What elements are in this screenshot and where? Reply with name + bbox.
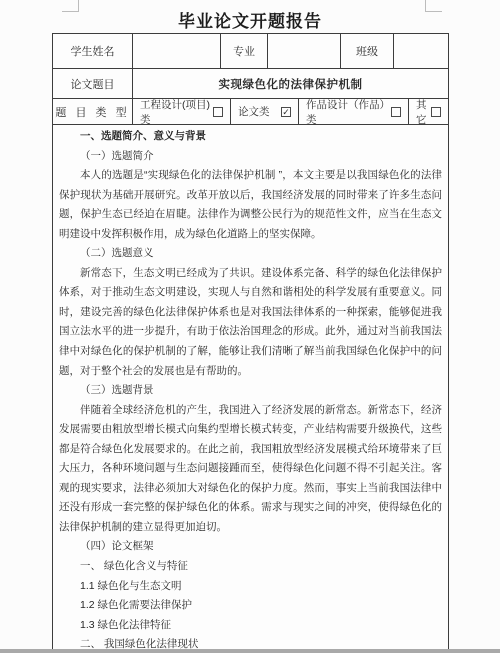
major-label: 专业	[221, 34, 268, 68]
subsection-2-heading: （二）选题意义	[59, 244, 442, 264]
subsection-3-heading: （三）选题背景	[59, 381, 442, 401]
outline-item-1: 一、 绿色化含义与特征	[59, 557, 442, 577]
report-body-row: 一、选题简介、意义与背景 （一）选题简介 本人的选题是“实现绿色化的法律保护机制…	[53, 125, 448, 653]
report-body-cell: 一、选题简介、意义与背景 （一）选题简介 本人的选题是“实现绿色化的法律保护机制…	[53, 125, 448, 653]
design-option-label: 作品设计（作品）类	[306, 99, 391, 124]
document-page: 毕业论文开题报告 学生姓名 专业 班级 论文题目 实现绿色化的法律保护机制 题 …	[0, 0, 500, 653]
topic-type-option-engineering[interactable]: 工程设计(项目)类	[133, 99, 231, 124]
subsection-4-heading: （四）论文框架	[59, 537, 442, 557]
page-bottom-edge	[0, 649, 500, 653]
class-field[interactable]	[394, 34, 448, 68]
student-info-row: 学生姓名 专业 班级	[53, 34, 448, 69]
topic-type-label: 题 目 类 型	[53, 99, 133, 124]
other-option-label: 其它	[416, 99, 431, 124]
outline-item-1-3: 1.3 绿色化法律特征	[59, 616, 442, 636]
section-1-heading: 一、选题简介、意义与背景	[59, 127, 442, 147]
subsection-1-heading: （一）选题简介	[59, 147, 442, 167]
thesis-title-value: 实现绿色化的法律保护机制	[133, 69, 448, 98]
outline-item-1-2: 1.2 绿色化需要法律保护	[59, 596, 442, 616]
student-name-label: 学生姓名	[53, 34, 133, 68]
topic-type-option-other[interactable]: 其它	[409, 99, 448, 124]
design-checkbox[interactable]	[391, 107, 401, 117]
thesis-option-label: 论文类	[238, 104, 270, 119]
report-table: 学生姓名 专业 班级 论文题目 实现绿色化的法律保护机制 题 目 类 型 工程设…	[52, 33, 449, 653]
paragraph-topic-significance: 新常态下，生态文明已经成为了共识。建设体系完备、科学的绿色化法律保护体系，对于推…	[59, 264, 442, 381]
page-title: 毕业论文开题报告	[0, 7, 500, 32]
other-checkbox[interactable]	[431, 107, 441, 117]
topic-type-option-design[interactable]: 作品设计（作品）类	[299, 99, 409, 124]
paragraph-topic-intro: 本人的选题是“实现绿色化的法律保护机制 ”，本文主要是以我国绿色化的法律保护现状…	[59, 166, 442, 244]
student-name-field[interactable]	[133, 34, 221, 68]
engineering-checkbox[interactable]	[213, 107, 223, 117]
thesis-title-label: 论文题目	[53, 69, 133, 98]
topic-type-row: 题 目 类 型 工程设计(项目)类 论文类 ✓ 作品设计（作品）类 其它	[53, 99, 448, 125]
outline-item-1-1: 1.1 绿色化与生态文明	[59, 577, 442, 597]
topic-type-option-thesis[interactable]: 论文类 ✓	[231, 99, 299, 124]
engineering-option-label: 工程设计(项目)类	[140, 99, 213, 124]
class-label: 班级	[341, 34, 394, 68]
thesis-checkbox-checked[interactable]: ✓	[281, 107, 291, 117]
paragraph-topic-background: 伴随着全球经济危机的产生，我国进入了经济发展的新常态。新常态下，经济发展需要由粗…	[59, 401, 442, 538]
major-field[interactable]	[268, 34, 341, 68]
thesis-title-row: 论文题目 实现绿色化的法律保护机制	[53, 69, 448, 99]
